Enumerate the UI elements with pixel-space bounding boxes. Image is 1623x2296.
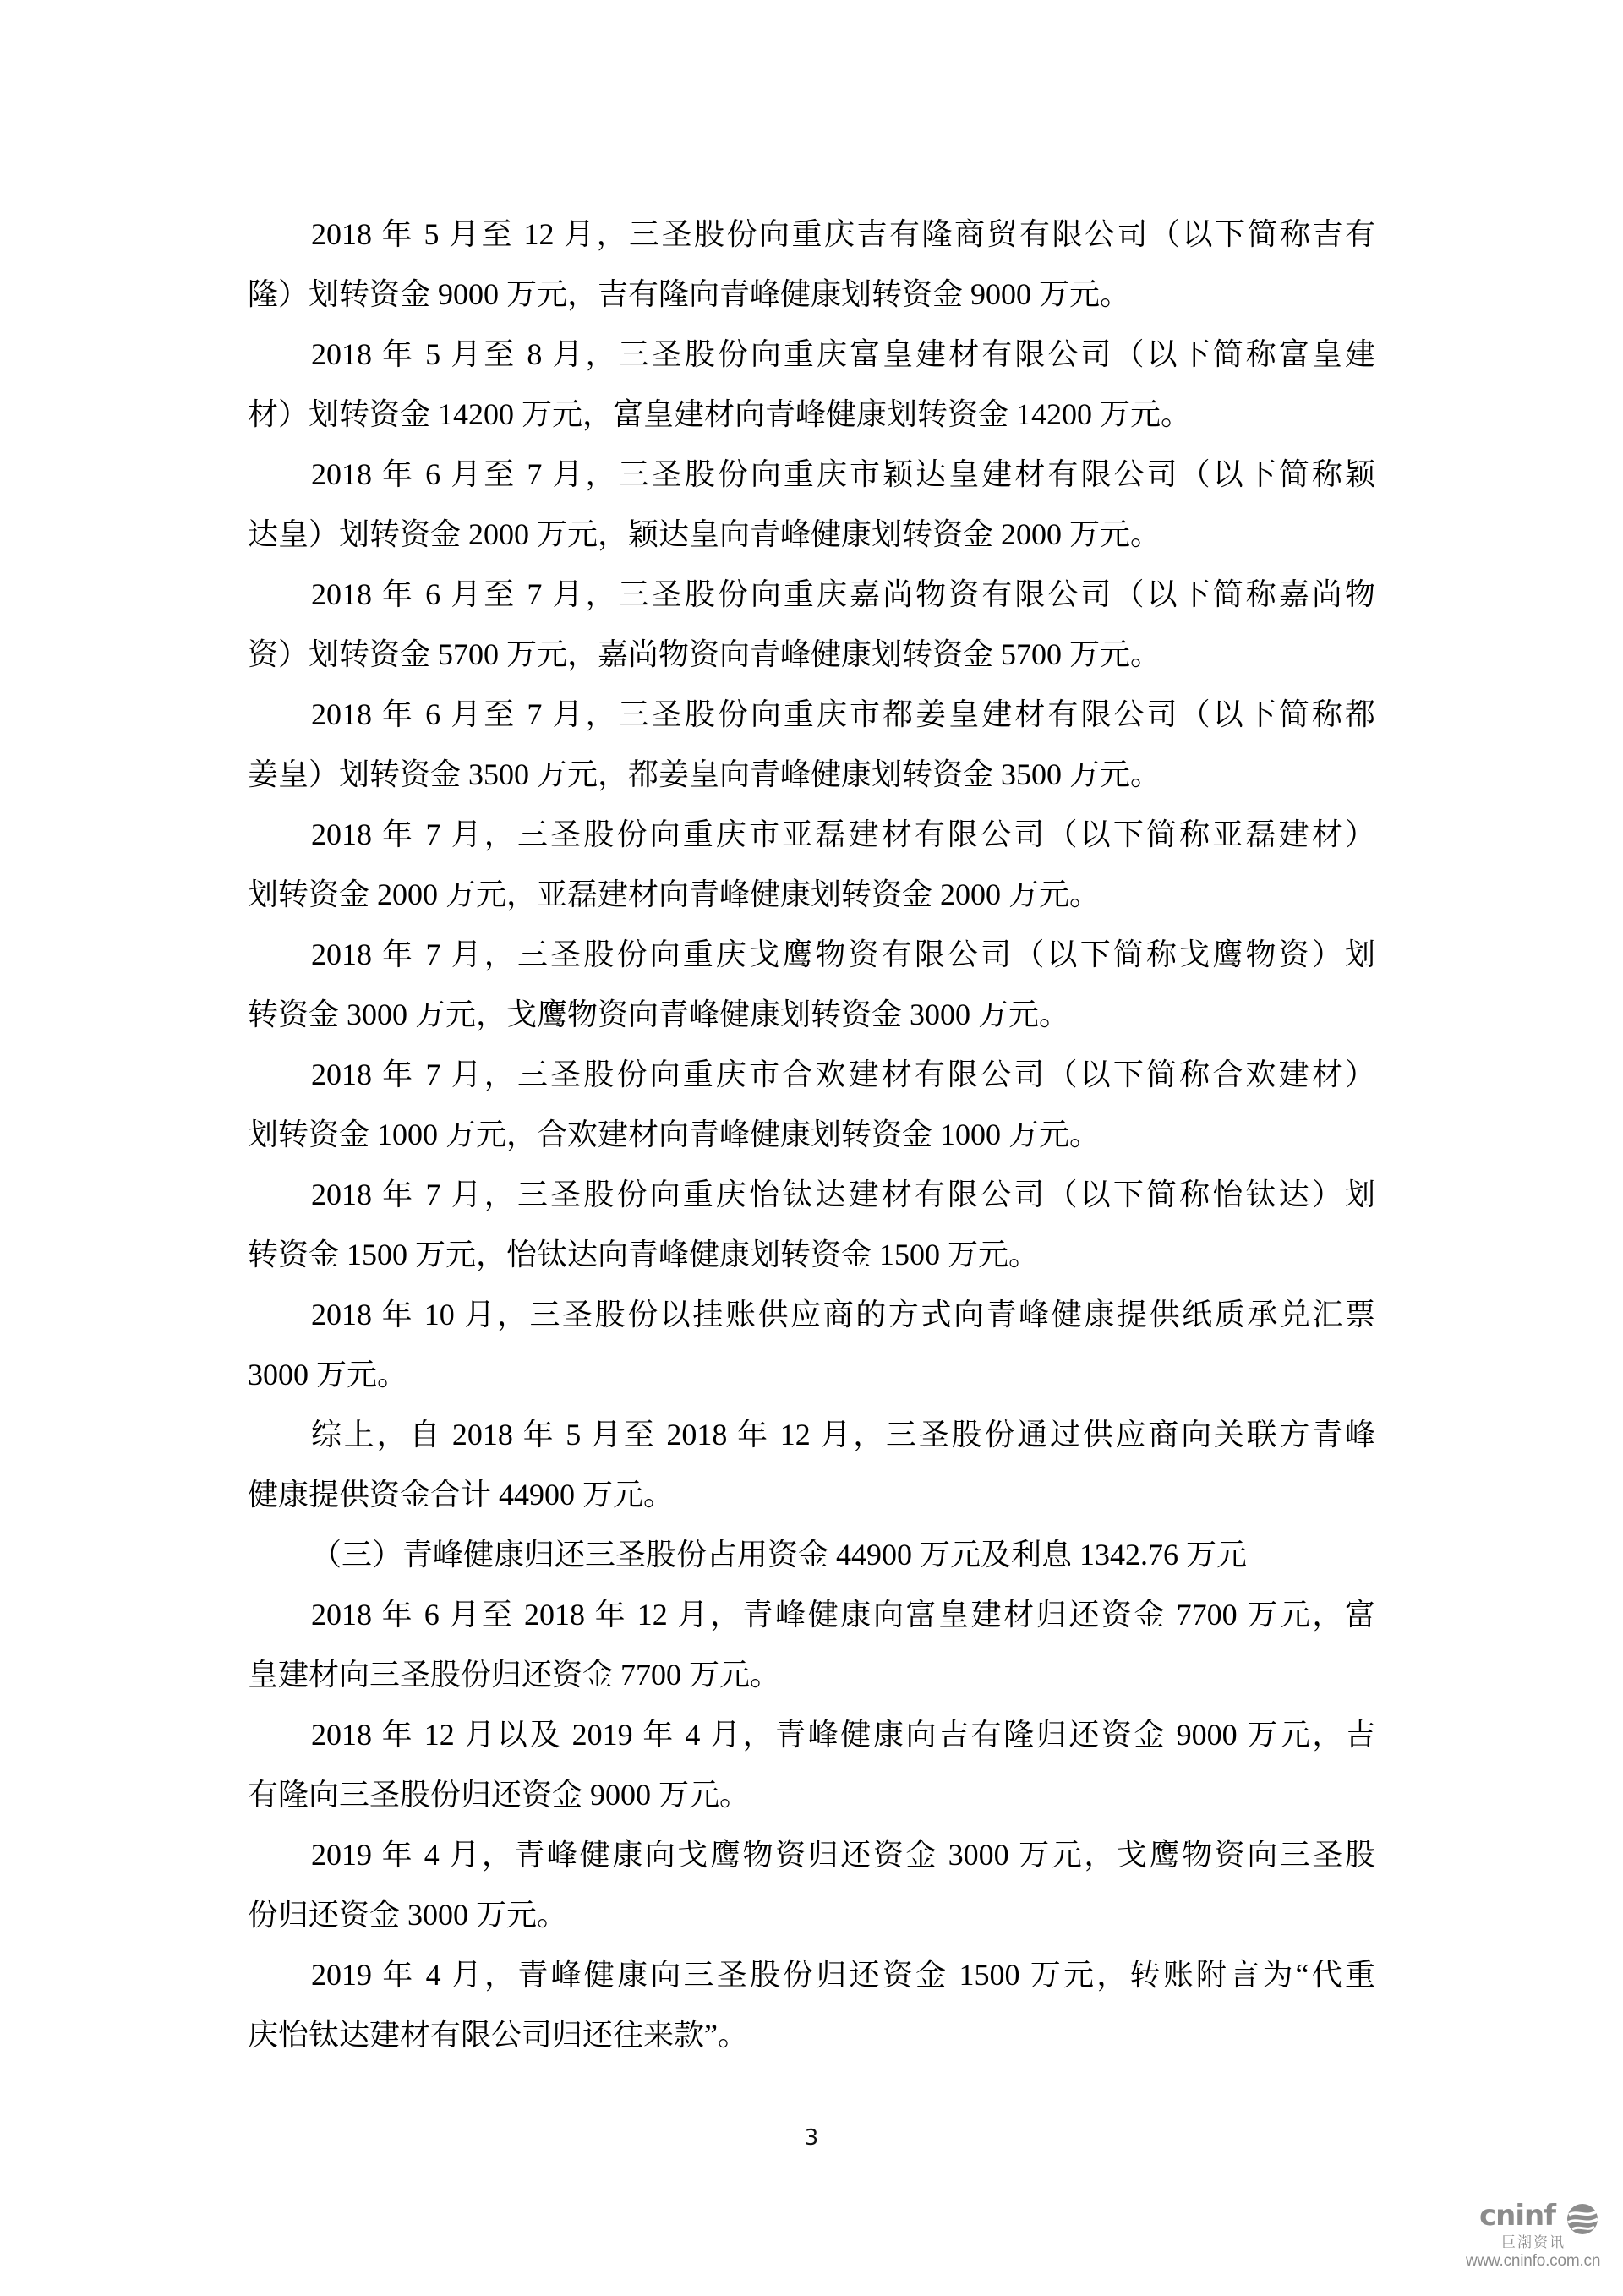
text-line: 2019 年 4 月，青峰健康向戈鹰物资归还资金 3000 万元，戈鹰物资向三圣… — [248, 1825, 1375, 1885]
text-line: 2018 年 6 月至 7 月，三圣股份向重庆嘉尚物资有限公司（以下简称嘉尚物 — [248, 565, 1375, 625]
text-line: 2018 年 7 月，三圣股份向重庆戈鹰物资有限公司（以下简称戈鹰物资）划 — [248, 925, 1375, 985]
paragraph: 2018 年 5 月至 8 月，三圣股份向重庆富皇建材有限公司（以下简称富皇建材… — [248, 325, 1375, 445]
paragraph: 2018 年 7 月，三圣股份向重庆怡钛达建材有限公司（以下简称怡钛达）划转资金… — [248, 1165, 1375, 1285]
cninfo-watermark-logo: cninf 巨潮资讯 www.cninfo.com.cn — [1462, 2198, 1623, 2274]
text-line: 转资金 3000 万元，戈鹰物资向青峰健康划转资金 3000 万元。 — [248, 985, 1375, 1045]
cninfo-globe-icon — [1566, 2202, 1599, 2236]
paragraph: 2018 年 6 月至 7 月，三圣股份向重庆嘉尚物资有限公司（以下简称嘉尚物资… — [248, 565, 1375, 685]
paragraph: 2018 年 7 月，三圣股份向重庆市合欢建材有限公司（以下简称合欢建材）划转资… — [248, 1045, 1375, 1165]
text-line: 综上，自 2018 年 5 月至 2018 年 12 月，三圣股份通过供应商向关… — [248, 1405, 1375, 1465]
text-line: 份归还资金 3000 万元。 — [248, 1885, 1375, 1945]
text-line: 2018 年 12 月以及 2019 年 4 月，青峰健康向吉有隆归还资金 90… — [248, 1705, 1375, 1765]
paragraph: 2019 年 4 月，青峰健康向三圣股份归还资金 1500 万元，转账附言为“代… — [248, 1945, 1375, 2065]
text-line: 划转资金 2000 万元，亚磊建材向青峰健康划转资金 2000 万元。 — [248, 865, 1375, 925]
text-line: 2018 年 6 月至 2018 年 12 月，青峰健康向富皇建材归还资金 77… — [248, 1585, 1375, 1645]
paragraph: 2018 年 10 月，三圣股份以挂账供应商的方式向青峰健康提供纸质承兑汇票30… — [248, 1285, 1375, 1405]
text-line: 资）划转资金 5700 万元，嘉尚物资向青峰健康划转资金 5700 万元。 — [248, 625, 1375, 685]
text-line: 2018 年 6 月至 7 月，三圣股份向重庆市颖达皇建材有限公司（以下简称颖 — [248, 445, 1375, 505]
document-body: 2018 年 5 月至 12 月，三圣股份向重庆吉有隆商贸有限公司（以下简称吉有… — [248, 205, 1375, 2065]
text-line: 2018 年 7 月，三圣股份向重庆怡钛达建材有限公司（以下简称怡钛达）划 — [248, 1165, 1375, 1225]
text-line: 姜皇）划转资金 3500 万元，都姜皇向青峰健康划转资金 3500 万元。 — [248, 745, 1375, 805]
text-line: 隆）划转资金 9000 万元，吉有隆向青峰健康划转资金 9000 万元。 — [248, 265, 1375, 325]
paragraph: 2019 年 4 月，青峰健康向戈鹰物资归还资金 3000 万元，戈鹰物资向三圣… — [248, 1825, 1375, 1945]
text-line: 2018 年 7 月，三圣股份向重庆市亚磊建材有限公司（以下简称亚磊建材） — [248, 805, 1375, 865]
paragraph: 2018 年 12 月以及 2019 年 4 月，青峰健康向吉有隆归还资金 90… — [248, 1705, 1375, 1825]
text-line: 健康提供资金合计 44900 万元。 — [248, 1465, 1375, 1525]
text-line: 2018 年 5 月至 8 月，三圣股份向重庆富皇建材有限公司（以下简称富皇建 — [248, 325, 1375, 385]
text-line: 皇建材向三圣股份归还资金 7700 万元。 — [248, 1645, 1375, 1705]
text-line: 2019 年 4 月，青峰健康向三圣股份归还资金 1500 万元，转账附言为“代… — [248, 1945, 1375, 2005]
paragraph: 2018 年 7 月，三圣股份向重庆戈鹰物资有限公司（以下简称戈鹰物资）划转资金… — [248, 925, 1375, 1045]
paragraph: 2018 年 6 月至 7 月，三圣股份向重庆市颖达皇建材有限公司（以下简称颖达… — [248, 445, 1375, 565]
text-line: 达皇）划转资金 2000 万元，颖达皇向青峰健康划转资金 2000 万元。 — [248, 505, 1375, 565]
text-line: 2018 年 7 月，三圣股份向重庆市合欢建材有限公司（以下简称合欢建材） — [248, 1045, 1375, 1105]
text-line: 庆怡钛达建材有限公司归还往来款”。 — [248, 2005, 1375, 2065]
text-line: 转资金 1500 万元，怡钛达向青峰健康划转资金 1500 万元。 — [248, 1225, 1375, 1285]
paragraph: 2018 年 5 月至 12 月，三圣股份向重庆吉有隆商贸有限公司（以下简称吉有… — [248, 205, 1375, 325]
text-line: （三）青峰健康归还三圣股份占用资金 44900 万元及利息 1342.76 万元 — [248, 1525, 1375, 1585]
text-line: 有隆向三圣股份归还资金 9000 万元。 — [248, 1765, 1375, 1825]
paragraph: 2018 年 6 月至 7 月，三圣股份向重庆市都姜皇建材有限公司（以下简称都姜… — [248, 685, 1375, 805]
logo-wordmark: cninf — [1479, 2201, 1555, 2230]
logo-url: www.cninfo.com.cn — [1466, 2252, 1600, 2271]
paragraph: 2018 年 7 月，三圣股份向重庆市亚磊建材有限公司（以下简称亚磊建材）划转资… — [248, 805, 1375, 925]
text-line: 2018 年 6 月至 7 月，三圣股份向重庆市都姜皇建材有限公司（以下简称都 — [248, 685, 1375, 745]
text-line: 3000 万元。 — [248, 1345, 1375, 1405]
text-line: 划转资金 1000 万元，合欢建材向青峰健康划转资金 1000 万元。 — [248, 1105, 1375, 1165]
text-line: 2018 年 10 月，三圣股份以挂账供应商的方式向青峰健康提供纸质承兑汇票 — [248, 1285, 1375, 1345]
text-line: 2018 年 5 月至 12 月，三圣股份向重庆吉有隆商贸有限公司（以下简称吉有 — [248, 205, 1375, 265]
paragraph: 综上，自 2018 年 5 月至 2018 年 12 月，三圣股份通过供应商向关… — [248, 1405, 1375, 1525]
section-heading: （三）青峰健康归还三圣股份占用资金 44900 万元及利息 1342.76 万元 — [248, 1525, 1375, 1585]
paragraph: 2018 年 6 月至 2018 年 12 月，青峰健康向富皇建材归还资金 77… — [248, 1585, 1375, 1705]
text-line: 材）划转资金 14200 万元，富皇建材向青峰健康划转资金 14200 万元。 — [248, 385, 1375, 445]
page-number: 3 — [0, 2125, 1623, 2151]
logo-chinese-name: 巨潮资讯 — [1501, 2235, 1566, 2250]
